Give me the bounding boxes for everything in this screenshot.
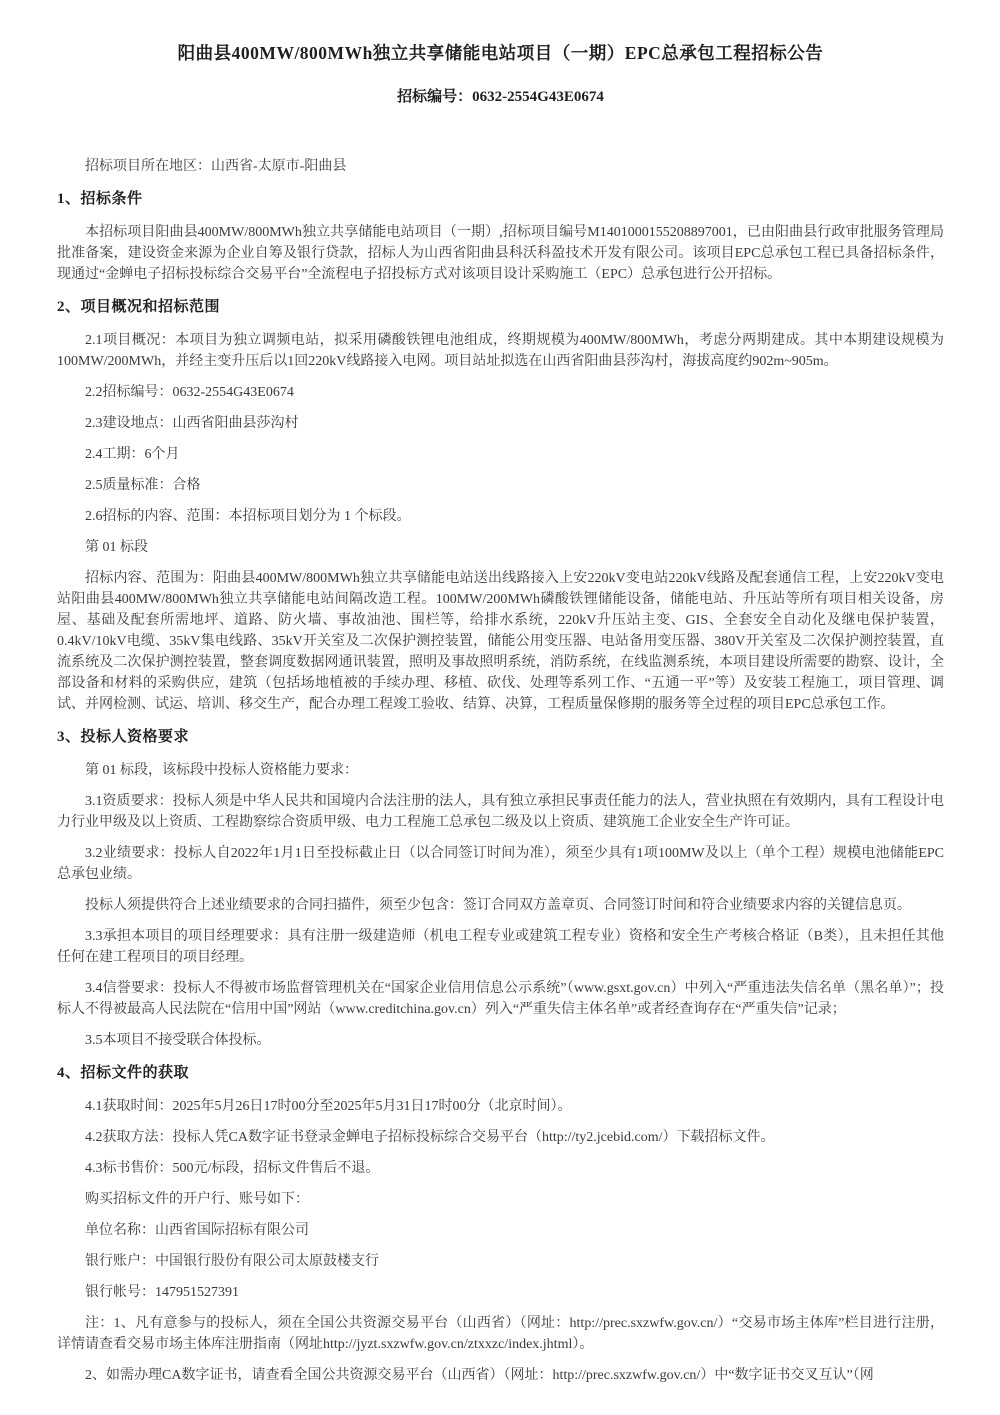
note-2: 2、如需办理CA数字证书，请查看全国公共资源交易平台（山西省）（网址：http:… — [57, 1365, 944, 1386]
clause-3-5-no-consortium: 3.5本项目不接受联合体投标。 — [57, 1030, 944, 1051]
clause-2-1-overview: 2.1项目概况：本项目为独立调频电站，拟采用磷酸铁锂电池组成，终期规模为400M… — [57, 330, 944, 372]
section-1-heading: 1、招标条件 — [57, 187, 944, 211]
section-4-heading: 4、招标文件的获取 — [57, 1061, 944, 1085]
clause-3-3-project-manager: 3.3承担本项目的项目经理要求：具有注册一级建造师（机电工程专业或建筑工程专业）… — [57, 926, 944, 968]
section-1-paragraph: 本招标项目阳曲县400MW/800MWh独立共享储能电站项目（一期）,招标项目编… — [57, 222, 944, 285]
bank-info-intro: 购买招标文件的开户行、账号如下： — [57, 1189, 944, 1210]
bid-section-qualification-intro: 第 01 标段，该标段中投标人资格能力要求： — [57, 760, 944, 781]
bank-account-bank: 银行账户：中国银行股份有限公司太原鼓楼支行 — [57, 1251, 944, 1272]
clause-2-5-quality: 2.5质量标准：合格 — [57, 475, 944, 496]
clause-2-2-tender-number: 2.2招标编号：0632-2554G43E0674 — [57, 382, 944, 403]
note-1: 注：1、凡有意参与的投标人，须在全国公共资源交易平台（山西省）（网址：http:… — [57, 1313, 944, 1355]
document-page: 阳曲县400MW/800MWh独立共享储能电站项目（一期）EPC总承包工程招标公… — [0, 0, 1000, 1415]
project-location-line: 招标项目所在地区：山西省-太原市-阳曲县 — [57, 156, 944, 177]
section-2-heading: 2、项目概况和招标范围 — [57, 295, 944, 319]
document-title: 阳曲县400MW/800MWh独立共享储能电站项目（一期）EPC总承包工程招标公… — [57, 40, 944, 66]
bank-account-number: 银行帐号：147951527391 — [57, 1282, 944, 1303]
document-body: 阳曲县400MW/800MWh独立共享储能电站项目（一期）EPC总承包工程招标公… — [57, 40, 944, 1386]
bank-unit-name: 单位名称：山西省国际招标有限公司 — [57, 1220, 944, 1241]
clause-3-2-performance: 3.2业绩要求：投标人自2022年1月1日至投标截止日（以合同签订时间为准），须… — [57, 843, 944, 885]
clause-3-2-contract-scan: 投标人须提供符合上述业绩要求的合同扫描件，须至少包含：签订合同双方盖章页、合同签… — [57, 895, 944, 916]
clause-4-3-price: 4.3标书售价：500元/标段，招标文件售后不退。 — [57, 1158, 944, 1179]
clause-4-2-obtain-method: 4.2获取方法：投标人凭CA数字证书登录金蝉电子招标投标综合交易平台（http:… — [57, 1127, 944, 1148]
clause-2-6-scope-division: 2.6招标的内容、范围：本招标项目划分为 1 个标段。 — [57, 506, 944, 527]
section-3-heading: 3、投标人资格要求 — [57, 725, 944, 749]
clause-4-1-obtain-time: 4.1获取时间：2025年5月26日17时00分至2025年5月31日17时00… — [57, 1096, 944, 1117]
clause-3-1-qualification: 3.1资质要求：投标人须是中华人民共和国境内合法注册的法人，具有独立承担民事责任… — [57, 791, 944, 833]
clause-3-4-credit: 3.4信誉要求：投标人不得被市场监督管理机关在“国家企业信用信息公示系统”（ww… — [57, 978, 944, 1020]
clause-2-3-location: 2.3建设地点：山西省阳曲县莎沟村 — [57, 413, 944, 434]
tender-number: 招标编号：0632-2554G43E0674 — [57, 86, 944, 108]
clause-2-4-duration: 2.4工期：6个月 — [57, 444, 944, 465]
bid-section-label: 第 01 标段 — [57, 537, 944, 558]
bid-section-scope: 招标内容、范围为：阳曲县400MW/800MWh独立共享储能电站送出线路接入上安… — [57, 568, 944, 715]
